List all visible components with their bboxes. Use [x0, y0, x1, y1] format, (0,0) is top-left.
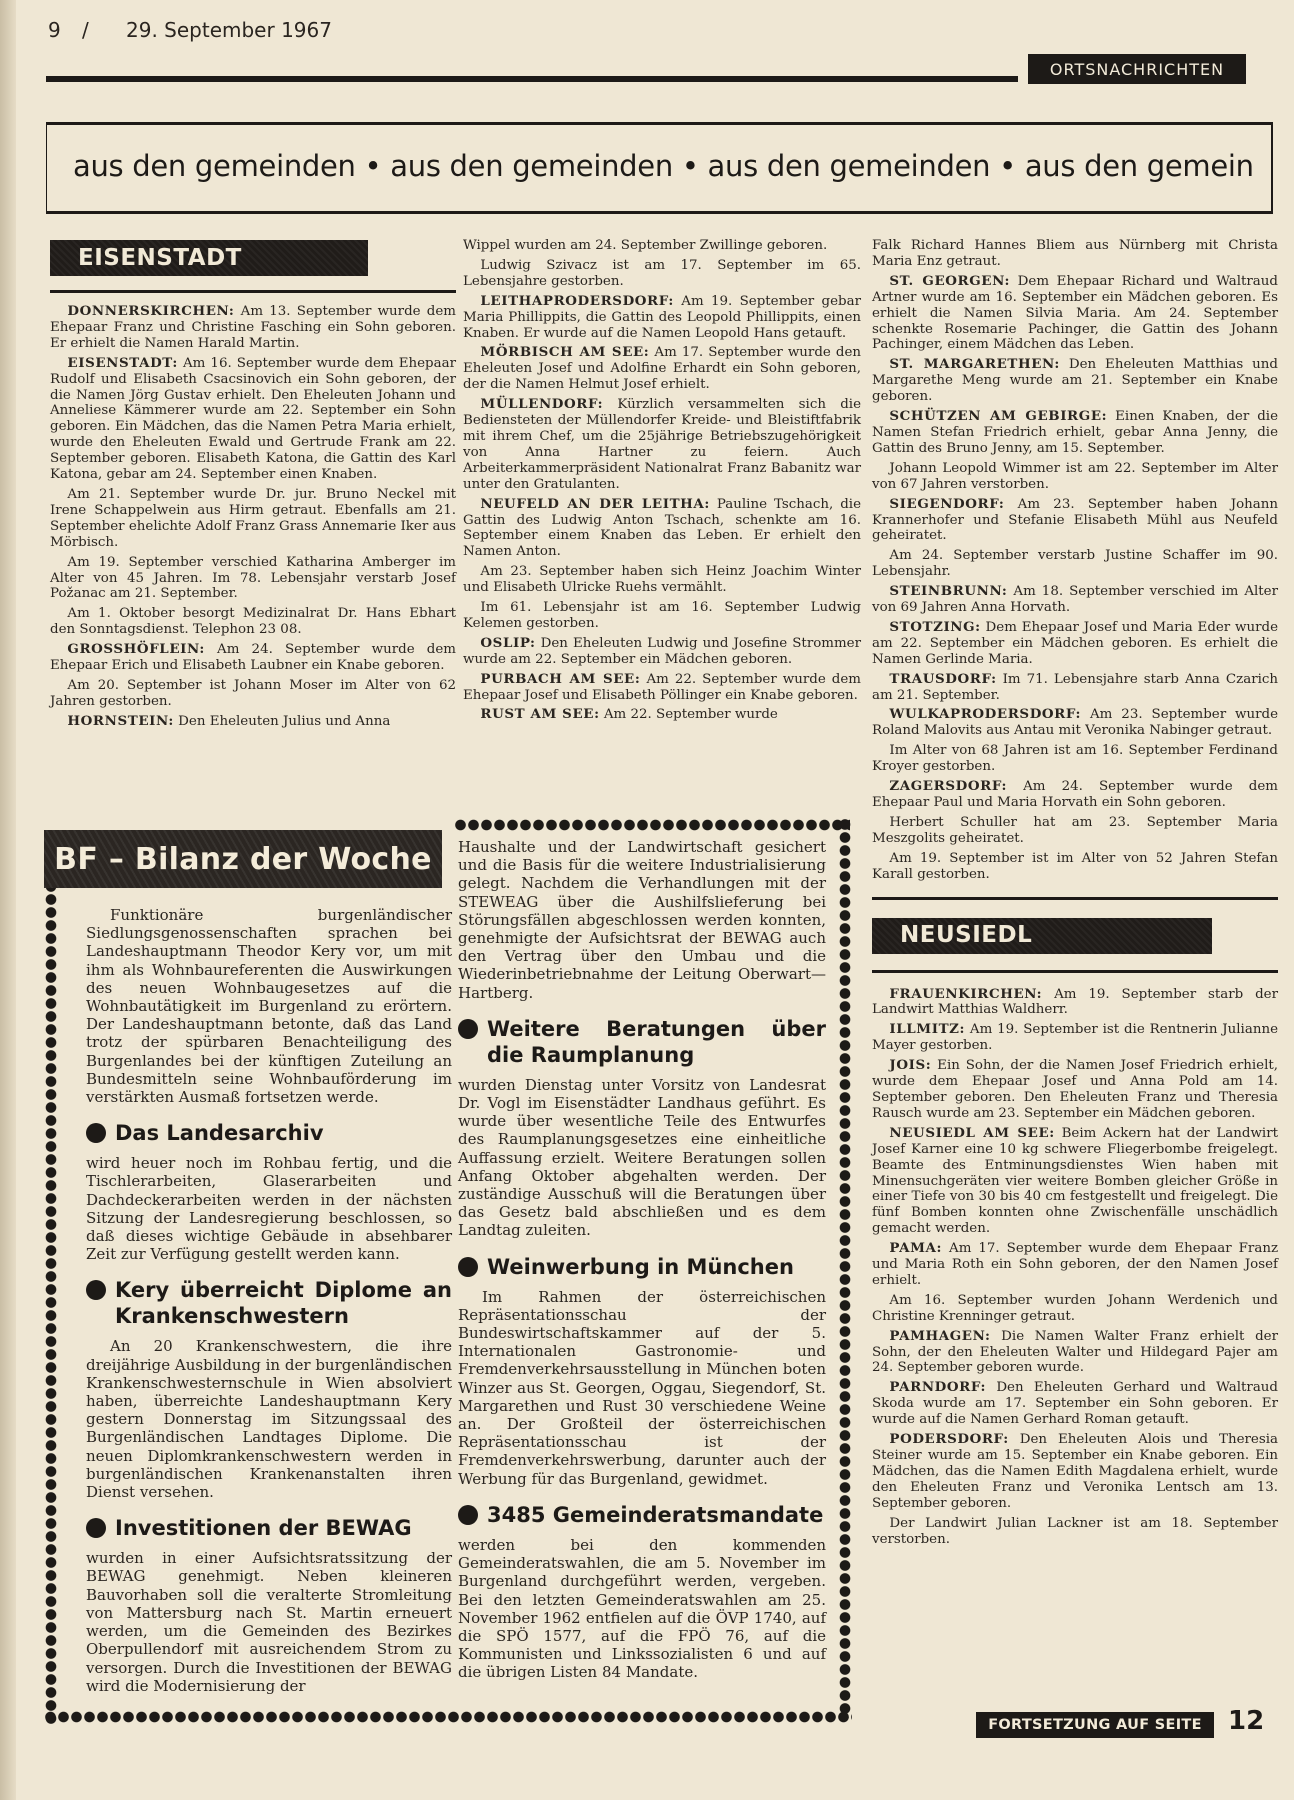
section-rule [50, 290, 456, 293]
subsection-text: wurden in einer Aufsichtsratssitzung der… [86, 1549, 452, 1695]
article-column-eisenstadt: DONNERSKIRCHEN: Am 13. September wurde d… [50, 304, 456, 734]
bilanz-intro: Funktionäre burgenländischer Siedlungsge… [86, 906, 452, 1106]
subsection-title: Weitere Beratungen über die Raumplanung [487, 1016, 826, 1068]
subsection-text: werden bei den kommenden Gemeinderatswah… [458, 1536, 826, 1682]
news-item: Am 19. September verschied Katharina Amb… [50, 555, 456, 603]
subsection-text: wird heuer noch im Rohbau fertig, und di… [86, 1154, 452, 1263]
news-item: STEINBRUNN: Am 18. September verschied i… [872, 584, 1278, 616]
news-item: Der Landwirt Julian Lackner ist am 18. S… [872, 1516, 1278, 1548]
subsection-title: Das Landesarchiv [115, 1120, 324, 1146]
news-text: Im Alter von 68 Jahren ist am 16. Septem… [872, 743, 1278, 774]
place-name: HORNSTEIN: [67, 713, 174, 729]
place-name: STOTZING: [889, 619, 980, 635]
news-text: Am 19. September verschied Katharina Amb… [50, 555, 456, 602]
continuation-badge: FORTSETZUNG AUF SEITE [976, 1712, 1214, 1738]
bilanz-left-column: Funktionäre burgenländischer Siedlungsge… [86, 906, 452, 1695]
news-text: Am 19. September ist im Alter von 52 Jah… [872, 851, 1278, 882]
region-heading-eisenstadt: EISENSTADT [50, 240, 368, 276]
bilanz-sections-left: Das Landesarchivwird heuer noch im Rohba… [86, 1120, 452, 1695]
news-item: ILLMITZ: Am 19. September ist die Rentne… [872, 1022, 1278, 1054]
place-name: ST. GEORGEN: [889, 273, 1010, 289]
bilanz-continuation: Haushalte und der Landwirtschaft gesiche… [458, 838, 826, 1002]
place-name: SIEGENDORF: [889, 496, 1004, 512]
news-item: HORNSTEIN: Den Eheleuten Julius und Anna [50, 714, 456, 730]
place-name: OSLIP: [480, 635, 535, 651]
news-item: PURBACH AM SEE: Am 22. September wurde d… [463, 672, 861, 704]
news-item: Am 24. September verstarb Justine Schaff… [872, 548, 1278, 580]
place-name: EISENSTADT: [67, 355, 178, 371]
page-separator: / [82, 18, 89, 42]
masthead-rule [46, 76, 1018, 82]
news-item: PAMHAGEN: Die Namen Walter Franz erhielt… [872, 1329, 1278, 1377]
place-name: TRAUSDORF: [889, 671, 996, 687]
dotted-border-left [44, 880, 58, 1724]
subsection-title: Weinwerbung in München [487, 1254, 794, 1280]
news-item: TRAUSDORF: Im 71. Lebensjahre starb Anna… [872, 672, 1278, 704]
bullet-icon [458, 1257, 478, 1277]
place-name: LEITHAPRODERSDORF: [480, 293, 674, 309]
news-item: Johann Leopold Wimmer ist am 22. Septemb… [872, 461, 1278, 493]
news-item: EISENSTADT: Am 16. September wurde dem E… [50, 356, 456, 483]
news-item: FRAUENKIRCHEN: Am 19. September starb de… [872, 987, 1278, 1019]
news-item: WULKAPRODERSDORF: Am 23. September wurde… [872, 707, 1278, 739]
place-name: ZAGERSDORF: [889, 778, 1007, 794]
place-name: PURBACH AM SEE: [480, 671, 640, 687]
news-item: NEUSIEDL AM SEE: Beim Ackern hat der Lan… [872, 1126, 1278, 1237]
news-item: Herbert Schuller hat am 23. September Ma… [872, 815, 1278, 847]
news-item: Wippel wurden am 24. September Zwillinge… [463, 238, 861, 254]
news-item: MÖRBISCH AM SEE: Am 17. September wurde … [463, 345, 861, 393]
gemeinden-banner: aus den gemeinden • aus den gemeinden • … [46, 122, 1273, 214]
news-text: Am 23. September haben sich Heinz Joachi… [463, 564, 861, 595]
bullet-icon [458, 1505, 478, 1525]
neusiedl-entries: FRAUENKIRCHEN: Am 19. September starb de… [872, 987, 1278, 1548]
bilanz-der-woche-box: BF – Bilanz der Woche Funktionäre burgen… [44, 818, 852, 1724]
news-text: Ein Sohn, der die Namen Josef Friedrich … [872, 1058, 1278, 1121]
news-text: Im 61. Lebensjahr ist am 16. September L… [463, 600, 861, 631]
continuation-page-link[interactable]: 12 [1228, 1706, 1264, 1736]
dotted-border-top [454, 818, 850, 832]
dotted-border-bottom [44, 1710, 852, 1724]
news-item: SCHÜTZEN AM GEBIRGE: Einen Knaben, der d… [872, 409, 1278, 457]
bilanz-title: BF – Bilanz der Woche [44, 830, 442, 888]
news-item: PAMA: Am 17. September wurde dem Ehepaar… [872, 1241, 1278, 1289]
subsection-heading: Das Landesarchiv [86, 1120, 452, 1146]
place-name: WULKAPRODERSDORF: [889, 706, 1081, 722]
subsection-heading: Weinwerbung in München [458, 1254, 826, 1280]
banner-text: aus den gemeinden • aus den gemeinden • … [73, 149, 1254, 183]
page-number: 9 [48, 18, 61, 42]
section-rule [872, 970, 1278, 973]
news-item: ST. GEORGEN: Dem Ehepaar Richard und Wal… [872, 274, 1278, 354]
issue-date: 29. September 1967 [126, 18, 332, 42]
article-column-3: Falk Richard Hannes Bliem aus Nürnberg m… [872, 238, 1278, 1551]
subsection-text: An 20 Krankenschwestern, die ihre dreijä… [86, 1337, 452, 1501]
news-item: Am 21. September wurde Dr. jur. Bruno Ne… [50, 487, 456, 551]
place-name: NEUFELD AN DER LEITHA: [480, 496, 710, 512]
subsection-heading: Investitionen der BEWAG [86, 1515, 452, 1541]
news-text: Ludwig Szivacz ist am 17. September im 6… [463, 258, 861, 289]
subsection-title: 3485 Gemeinderatsmandate [487, 1502, 823, 1528]
section-badge: ORTSNACHRICHTEN [1028, 54, 1246, 84]
section-rule [872, 897, 1278, 900]
place-name: PODERSDORF: [889, 1431, 1008, 1447]
news-item: RUST AM SEE: Am 22. September wurde [463, 707, 861, 723]
news-text: Am 24. September verstarb Justine Schaff… [872, 548, 1278, 579]
place-name: ST. MARGARETHEN: [889, 356, 1060, 372]
subsection-heading: 3485 Gemeinderatsmandate [458, 1502, 826, 1528]
news-item: ST. MARGARETHEN: Den Eheleuten Matthias … [872, 357, 1278, 405]
news-item: JOIS: Ein Sohn, der die Namen Josef Frie… [872, 1058, 1278, 1122]
place-name: MÖRBISCH AM SEE: [480, 344, 649, 360]
place-name: FRAUENKIRCHEN: [889, 986, 1042, 1002]
news-item: Am 19. September ist im Alter von 52 Jah… [872, 851, 1278, 883]
news-item: ZAGERSDORF: Am 24. September wurde dem E… [872, 779, 1278, 811]
news-text: Falk Richard Hannes Bliem aus Nürnberg m… [872, 238, 1278, 269]
news-item: NEUFELD AN DER LEITHA: Pauline Tschach, … [463, 497, 861, 561]
place-name: PARNDORF: [889, 1379, 986, 1395]
region-heading-neusiedl: NEUSIEDL [872, 918, 1212, 954]
place-name: PAMHAGEN: [889, 1328, 990, 1344]
bilanz-right-column: Haushalte und der Landwirtschaft gesiche… [458, 838, 826, 1682]
subsection-heading: Kery überreicht Diplome an Krankenschwes… [86, 1277, 452, 1329]
subsection-heading: Weitere Beratungen über die Raumplanung [458, 1016, 826, 1068]
news-item: Ludwig Szivacz ist am 17. September im 6… [463, 258, 861, 290]
news-text: Am 20. September ist Johann Moser im Alt… [50, 678, 456, 709]
news-text: Am 22. September wurde [600, 707, 778, 722]
bullet-icon [86, 1518, 106, 1538]
news-item: Im Alter von 68 Jahren ist am 16. Septem… [872, 743, 1278, 775]
news-text: Der Landwirt Julian Lackner ist am 18. S… [872, 1516, 1278, 1547]
news-text: Am 16. September wurden Johann Werdenich… [872, 1293, 1278, 1324]
subsection-title: Investitionen der BEWAG [115, 1515, 412, 1541]
place-name: JOIS: [889, 1057, 931, 1073]
news-item: PODERSDORF: Den Eheleuten Alois und Ther… [872, 1432, 1278, 1512]
place-name: NEUSIEDL AM SEE: [889, 1125, 1054, 1141]
place-name: RUST AM SEE: [480, 706, 599, 722]
column3-entries: Falk Richard Hannes Bliem aus Nürnberg m… [872, 238, 1278, 883]
subsection-text: Im Rahmen der österreichischen Repräsent… [458, 1288, 826, 1488]
place-name: SCHÜTZEN AM GEBIRGE: [889, 408, 1107, 424]
news-item: STOTZING: Dem Ehepaar Josef und Maria Ed… [872, 620, 1278, 668]
news-text: Am 21. September wurde Dr. jur. Bruno Ne… [50, 487, 456, 550]
news-item: Am 16. September wurden Johann Werdenich… [872, 1293, 1278, 1325]
place-name: PAMA: [889, 1240, 942, 1256]
news-text: Beim Ackern hat der Landwirt Josef Karne… [872, 1126, 1278, 1236]
news-item: LEITHAPRODERSDORF: Am 19. September geba… [463, 294, 861, 342]
news-text: Herbert Schuller hat am 23. September Ma… [872, 815, 1278, 846]
place-name: STEINBRUNN: [889, 583, 1007, 599]
bullet-icon [458, 1019, 478, 1039]
news-text: Wippel wurden am 24. September Zwillinge… [463, 238, 827, 253]
news-text: Den Eheleuten Julius und Anna [174, 714, 390, 729]
news-item: MÜLLENDORF: Kürzlich versammelten sich d… [463, 397, 861, 492]
place-name: GROSSHÖFLEIN: [67, 641, 205, 657]
news-item: Am 1. Oktober besorgt Medizinalrat Dr. H… [50, 606, 456, 638]
news-item: Am 23. September haben sich Heinz Joachi… [463, 564, 861, 596]
place-name: ILLMITZ: [889, 1021, 965, 1037]
news-item: GROSSHÖFLEIN: Am 24. September wurde dem… [50, 642, 456, 674]
dotted-border-right [838, 818, 852, 1718]
news-item: PARNDORF: Den Eheleuten Gerhard und Walt… [872, 1380, 1278, 1428]
article-column-2: Wippel wurden am 24. September Zwillinge… [463, 238, 861, 727]
news-item: Falk Richard Hannes Bliem aus Nürnberg m… [872, 238, 1278, 270]
news-item: OSLIP: Den Eheleuten Ludwig und Josefine… [463, 636, 861, 668]
news-text: Am 16. September wurde dem Ehepaar Rudol… [50, 356, 456, 482]
place-name: MÜLLENDORF: [480, 396, 603, 412]
bullet-icon [86, 1280, 106, 1300]
news-item: DONNERSKIRCHEN: Am 13. September wurde d… [50, 304, 456, 352]
news-item: Im 61. Lebensjahr ist am 16. September L… [463, 600, 861, 632]
bilanz-sections-right: Weitere Beratungen über die Raumplanungw… [458, 1016, 826, 1682]
subsection-text: wurden Dienstag unter Vorsitz von Landes… [458, 1076, 826, 1240]
page-edge-shadow [0, 0, 16, 1800]
news-item: SIEGENDORF: Am 23. September haben Johan… [872, 497, 1278, 545]
news-item: Am 20. September ist Johann Moser im Alt… [50, 678, 456, 710]
news-text: Am 1. Oktober besorgt Medizinalrat Dr. H… [50, 606, 456, 637]
news-text: Johann Leopold Wimmer ist am 22. Septemb… [872, 461, 1278, 492]
masthead: 9 / 29. September 1967 ORTSNACHRICHTEN [46, 14, 1244, 86]
subsection-title: Kery überreicht Diplome an Krankenschwes… [115, 1277, 452, 1329]
bullet-icon [86, 1123, 106, 1143]
place-name: DONNERSKIRCHEN: [67, 303, 234, 319]
